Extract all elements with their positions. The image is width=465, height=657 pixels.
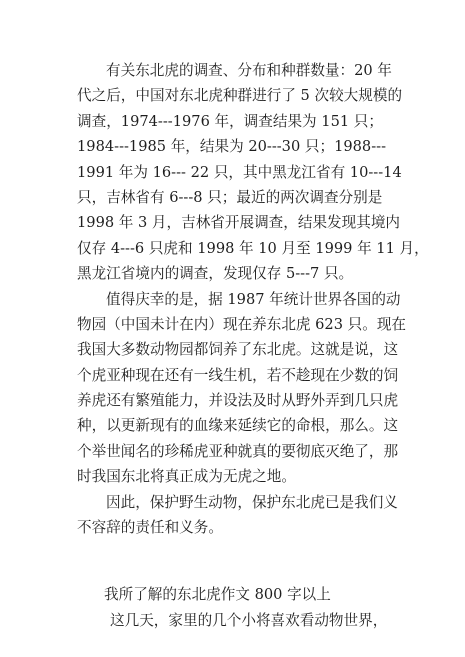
text-line: 养虎还有繁殖能力，并设法及时从野外弄到几只虎 — [77, 388, 395, 413]
text-line: 值得庆幸的是，据 1987 年统计世界各国的动 — [77, 287, 395, 312]
document-body: 有关东北虎的调查、分布和种群数量：20 年 代之后，中国对东北虎种群进行了 5 … — [77, 58, 395, 633]
section-title: 我所了解的东北虎作文 800 字以上 — [77, 582, 395, 607]
text-line: 种，以更新现有的血缘来延续它的命根，那么。这 — [77, 413, 395, 438]
spacer — [77, 540, 395, 582]
text-line: 调查，1974---1976 年，调查结果为 151 只； — [77, 109, 395, 134]
text-line: 我国大多数动物园都饲养了东北虎。这就是说，这 — [77, 337, 395, 362]
text-line: 仅存 4---6 只虎和 1998 年 10 月至 1999 年 11 月， — [77, 236, 395, 261]
text-line: 这几天，家里的几个小将喜欢看动物世界， — [77, 608, 395, 633]
document-page: 有关东北虎的调查、分布和种群数量：20 年 代之后，中国对东北虎种群进行了 5 … — [0, 0, 465, 657]
text-line: 代之后，中国对东北虎种群进行了 5 次较大规模的 — [77, 83, 395, 108]
text-line: 时我国东北将真正成为无虎之地。 — [77, 464, 395, 489]
text-line: 黑龙江省境内的调查，发现仅存 5---7 只。 — [77, 261, 395, 286]
text-line: 1991 年为 16--- 22 只，其中黑龙江省有 10---14 — [77, 160, 395, 185]
text-line: 个举世闻名的珍稀虎亚种就真的要彻底灭绝了，那 — [77, 439, 395, 464]
text-line: 不容辞的责任和义务。 — [77, 515, 395, 540]
text-line: 1984---1985 年，结果为 20---30 只；1988--- — [77, 134, 395, 159]
text-line: 因此，保护野生动物，保护东北虎已是我们义 — [77, 490, 395, 515]
text-line: 有关东北虎的调查、分布和种群数量：20 年 — [77, 58, 395, 83]
paragraph-survey: 有关东北虎的调查、分布和种群数量：20 年 代之后，中国对东北虎种群进行了 5 … — [77, 58, 395, 287]
text-line: 1998 年 3 月，吉林省开展调查，结果发现其境内 — [77, 210, 395, 235]
text-line: 只，吉林省有 6---8 只；最近的两次调查分别是 — [77, 185, 395, 210]
text-line: 个虎亚种现在还有一线生机，若不趁现在少数的饲 — [77, 363, 395, 388]
text-line: 物园（中国未计在内）现在养东北虎 623 只。现在 — [77, 312, 395, 337]
paragraph-zoos: 值得庆幸的是，据 1987 年统计世界各国的动 物园（中国未计在内）现在养东北虎… — [77, 287, 395, 490]
paragraph-conclusion: 因此，保护野生动物，保护东北虎已是我们义 不容辞的责任和义务。 — [77, 490, 395, 541]
